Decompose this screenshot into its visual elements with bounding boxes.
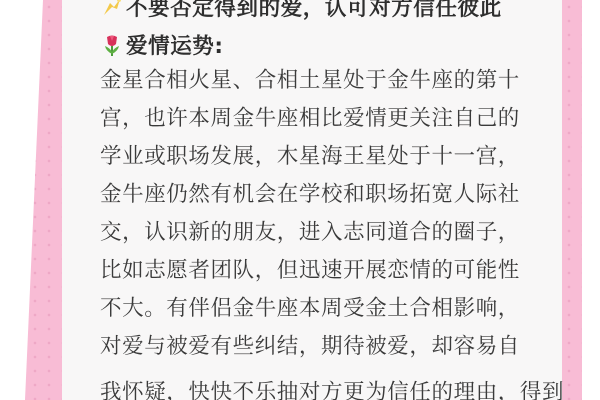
section-heading-text: 爱情运势:: [126, 34, 224, 59]
body-line: 比如志愿者团队，但迅速开展恋情的可能性: [100, 258, 520, 284]
body-line: 对爱与被爱有些纠结，期待被爱，却容易自: [100, 334, 520, 360]
article-title-line: 不要否定得到的爱，认可对方信任彼此: [100, 0, 502, 22]
body-line: 交，认识新的朋友，进入志同道合的圈子，: [100, 220, 520, 246]
sparkle-hand-icon: [100, 0, 124, 19]
title-text: 不要否定得到的爱，认可对方信任彼此: [126, 0, 502, 21]
decorative-pink-border-right: [562, 0, 582, 400]
article-card: 不要否定得到的爱，认可对方信任彼此 爱情运势: 金星合相火星、合相土星处于金牛座…: [62, 0, 562, 400]
body-line: 不大。有伴侣金牛座本周受金土合相影响，: [100, 296, 520, 322]
decorative-pink-border-left: [0, 0, 62, 400]
body-line: 学业或职场发展，木星海王星处于十一宫，: [100, 144, 520, 170]
body-line: 我怀疑，快快不乐抽对方更为信任的理由，得到: [100, 380, 564, 400]
body-line: 宫，也许本周金牛座相比爱情更关注自己的: [100, 106, 520, 132]
section-heading: 爱情运势:: [100, 33, 224, 60]
tulip-icon: [100, 33, 124, 57]
body-line: 金星合相火星、合相土星处于金牛座的第十: [100, 68, 520, 94]
body-line: 金牛座仍然有机会在学校和职场拓宽人际社: [100, 182, 520, 208]
